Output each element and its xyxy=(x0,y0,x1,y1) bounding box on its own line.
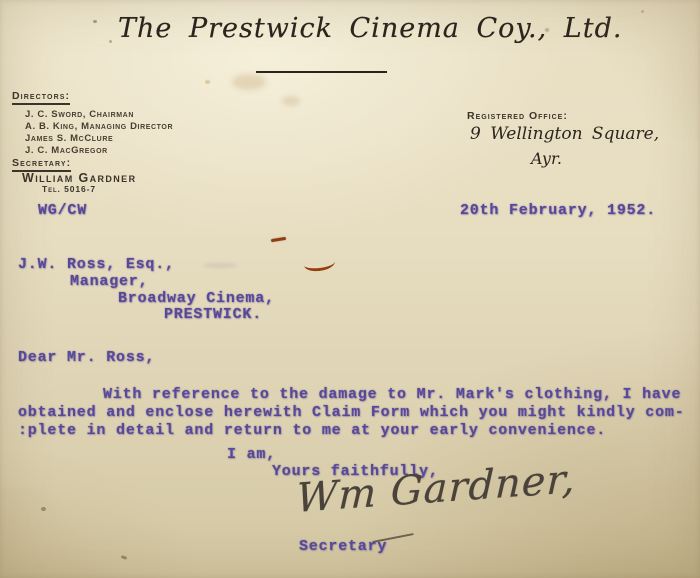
director-name: J. C. Sword, Chairman xyxy=(25,109,134,120)
secretary-label: Secretary: xyxy=(12,157,71,172)
directors-label: Directors: xyxy=(12,90,70,105)
paper-speck xyxy=(205,80,210,84)
salutation: Dear Mr. Ross, xyxy=(18,349,155,366)
paper-speck xyxy=(121,555,128,560)
addressee-line: Manager, xyxy=(70,273,148,290)
ink-smudge xyxy=(203,263,237,268)
paper-speck xyxy=(93,20,97,23)
closing-line: I am, xyxy=(227,446,276,463)
addressee-line: Broadway Cinema, xyxy=(118,290,275,307)
paper-speck xyxy=(109,40,112,43)
director-name: J. C. MacGregor xyxy=(25,145,108,156)
signer-title: Secretary xyxy=(299,538,387,555)
registered-office-address-line: 9 Wellington Square, xyxy=(470,124,659,144)
rust-stain-curve xyxy=(303,255,335,273)
typist-reference: WG/CW xyxy=(38,202,87,219)
rust-stain-dash xyxy=(271,237,286,242)
body-line: :plete in detail and return to me at you… xyxy=(18,422,606,439)
paper-speck xyxy=(641,10,644,13)
body-line: With reference to the damage to Mr. Mark… xyxy=(103,386,681,403)
paper-stain xyxy=(282,96,300,106)
paper-stain xyxy=(232,74,266,90)
addressee-line: J.W. Ross, Esq., xyxy=(18,256,175,273)
director-name: James S. McClure xyxy=(25,133,113,144)
body-line: obtained and enclose herewith Claim Form… xyxy=(18,404,685,421)
secretary-telephone: Tel. 5016-7 xyxy=(42,184,96,194)
letter-date: 20th February, 1952. xyxy=(460,202,656,219)
company-name: The Prestwick Cinema Coy., Ltd. xyxy=(118,13,622,44)
secretary-name: William Gardner xyxy=(22,171,137,185)
paper-crease-bottom-left xyxy=(0,488,160,578)
director-name: A. B. King, Managing Director xyxy=(25,121,173,132)
registered-office-label: Registered Office: xyxy=(467,110,568,122)
title-divider-rule xyxy=(256,71,387,73)
registered-office-address-line: Ayr. xyxy=(531,149,562,168)
paper-speck xyxy=(41,507,46,511)
scanned-letter-page: The Prestwick Cinema Coy., Ltd. Director… xyxy=(0,0,700,578)
addressee-line: PRESTWICK. xyxy=(164,306,262,323)
